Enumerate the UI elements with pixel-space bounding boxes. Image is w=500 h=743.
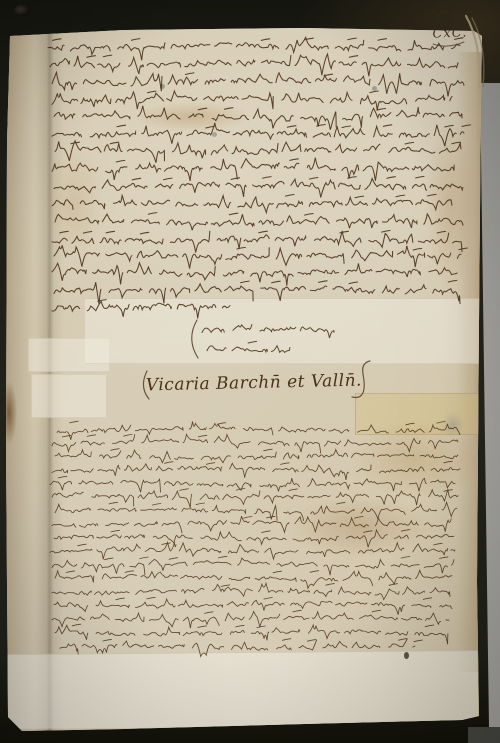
edge-tear <box>1 382 17 444</box>
pasted-slip-bottom <box>6 650 479 729</box>
corner-mark-line <box>429 5 457 18</box>
pasted-slip-center <box>85 298 482 364</box>
folio-number: CxC. <box>424 25 477 47</box>
faded-stamp-smudge <box>442 412 464 438</box>
damp-stain <box>424 122 478 292</box>
manuscript-photo-scene: CxC. Vicaria Barchn̄ et Valln̄. <box>0 0 500 743</box>
gray-spot <box>160 84 165 89</box>
gray-mat-strip-bottom <box>468 727 500 743</box>
foxing-stain <box>285 495 435 559</box>
ink-stain <box>132 102 252 132</box>
binding-thread-knot <box>14 5 30 16</box>
repair-patch-left-2 <box>31 374 107 418</box>
gray-spot <box>212 132 217 137</box>
heading-vicaria: Vicaria Barchn̄ et Valln̄. <box>132 370 377 402</box>
damp-stain <box>44 142 104 262</box>
manuscript-page: CxC. Vicaria Barchn̄ et Valln̄. <box>4 22 486 734</box>
gray-spot <box>372 86 377 91</box>
dark-spot <box>404 652 409 659</box>
